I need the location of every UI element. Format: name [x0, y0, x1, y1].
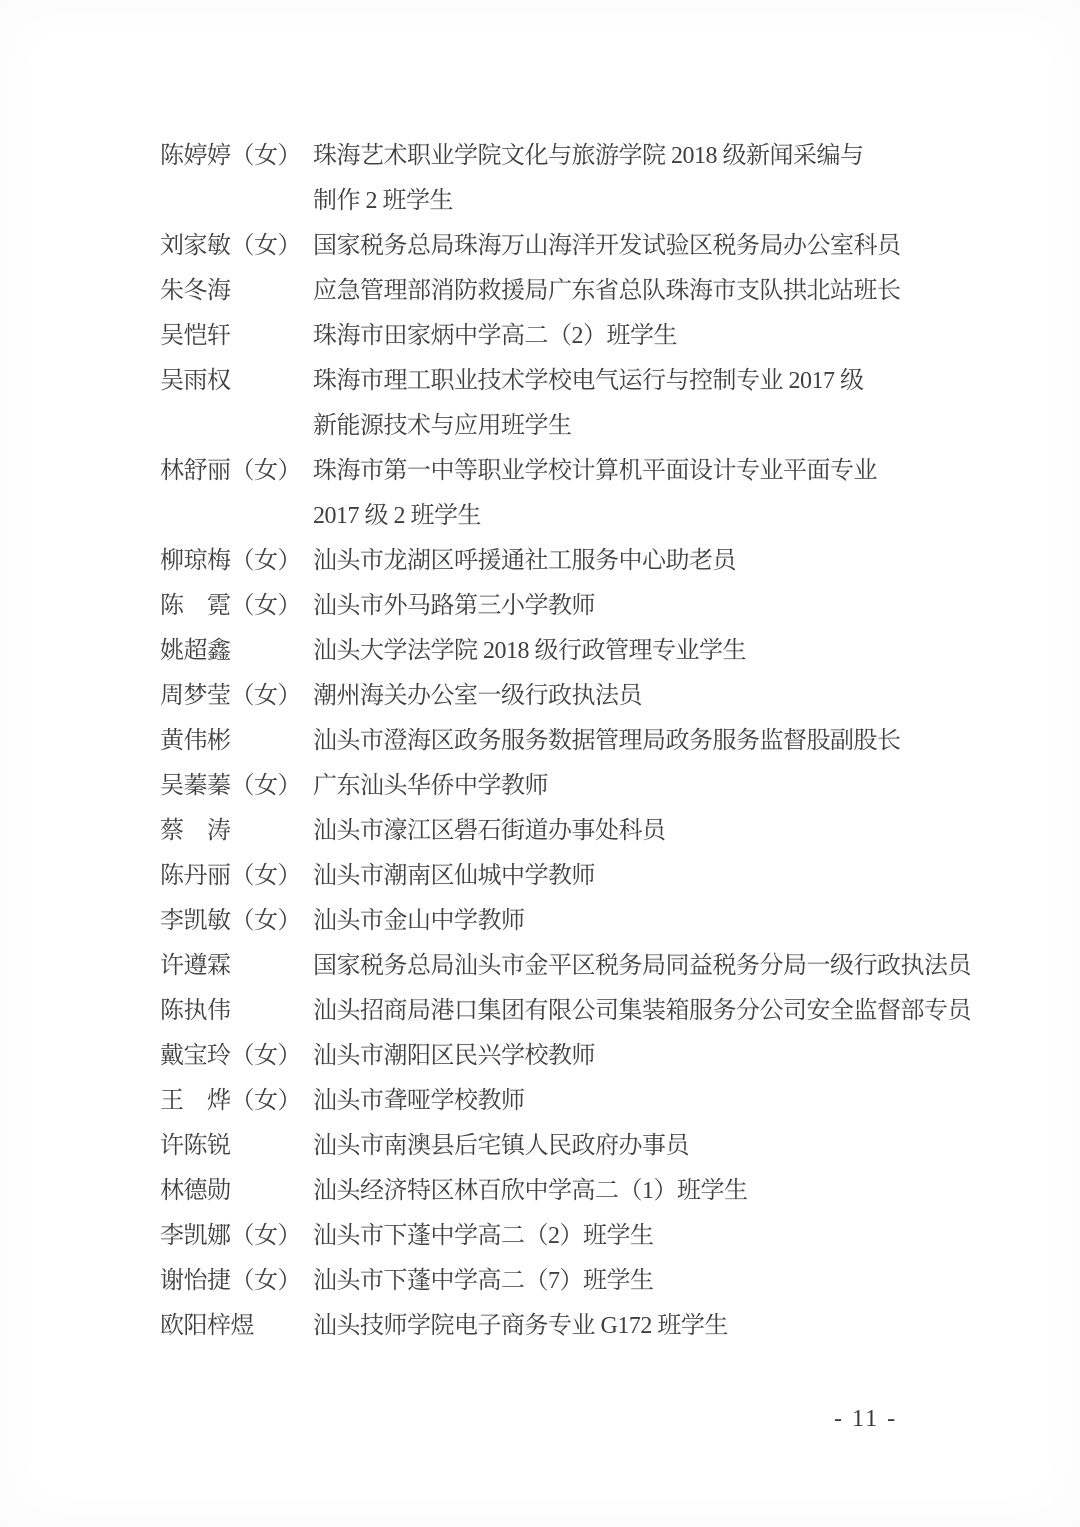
name-text: 黄伟彬	[160, 728, 231, 754]
description-line: 潮州海关办公室一级行政执法员	[313, 674, 960, 719]
gender-label: （女）	[231, 773, 302, 799]
list-item: 陈婷婷（女） 珠海艺术职业学院文化与旅游学院 2018 级新闻采编与 制作 2 …	[160, 134, 960, 224]
list-item: 林德勋 汕头经济特区林百欣中学高二（1）班学生	[160, 1169, 960, 1214]
description-line: 汕头市潮阳区民兴学校教师	[313, 1034, 960, 1079]
person-description: 汕头市澄海区政务服务数据管理局政务服务监督股副股长	[313, 719, 960, 764]
gender-label: （女）	[231, 863, 302, 889]
person-name: 姚超鑫	[160, 629, 313, 674]
list-item: 陈丹丽（女） 汕头市潮南区仙城中学教师	[160, 854, 960, 899]
description-line: 汕头技师学院电子商务专业 G172 班学生	[313, 1304, 960, 1349]
gender-label: （女）	[231, 1043, 302, 1069]
description-line: 珠海艺术职业学院文化与旅游学院 2018 级新闻采编与	[313, 134, 960, 179]
name-text: 许遵霖	[160, 953, 231, 979]
list-item: 周梦莹（女） 潮州海关办公室一级行政执法员	[160, 674, 960, 719]
person-description: 汕头市金山中学教师	[313, 899, 960, 944]
name-text: 朱冬海	[160, 278, 231, 304]
person-description: 汕头市南澳县后宅镇人民政府办事员	[313, 1124, 960, 1169]
person-description: 珠海市理工职业技术学校电气运行与控制专业 2017 级 新能源技术与应用班学生	[313, 359, 960, 449]
person-name: 吴蓁蓁（女）	[160, 764, 313, 809]
description-line: 国家税务总局汕头市金平区税务局同益税务分局一级行政执法员	[313, 944, 960, 989]
name-text: 吴雨权	[160, 368, 231, 394]
list-item: 蔡 涛 汕头市濠江区礐石街道办事处科员	[160, 809, 960, 854]
person-name: 谢怡捷（女）	[160, 1259, 313, 1304]
person-description: 国家税务总局汕头市金平区税务局同益税务分局一级行政执法员	[313, 944, 960, 989]
description-line: 汕头市下蓬中学高二（7）班学生	[313, 1259, 960, 1304]
person-description: 汕头经济特区林百欣中学高二（1）班学生	[313, 1169, 960, 1214]
name-text: 柳琼梅	[160, 548, 231, 574]
honor-roll-list: 陈婷婷（女） 珠海艺术职业学院文化与旅游学院 2018 级新闻采编与 制作 2 …	[160, 134, 960, 1349]
description-line: 国家税务总局珠海万山海洋开发试验区税务局办公室科员	[313, 224, 960, 269]
gender-label: （女）	[231, 1268, 302, 1294]
name-text: 陈婷婷	[160, 143, 231, 169]
person-description: 应急管理部消防救援局广东省总队珠海市支队拱北站班长	[313, 269, 960, 314]
person-description: 汕头市聋哑学校教师	[313, 1079, 960, 1124]
person-name: 陈 霓（女）	[160, 584, 313, 629]
name-text: 蔡 涛	[160, 818, 231, 844]
list-item: 朱冬海 应急管理部消防救援局广东省总队珠海市支队拱北站班长	[160, 269, 960, 314]
name-text: 吴蓁蓁	[160, 773, 231, 799]
person-description: 珠海市田家炳中学高二（2）班学生	[313, 314, 960, 359]
list-item: 陈 霓（女） 汕头市外马路第三小学教师	[160, 584, 960, 629]
person-name: 李凯敏（女）	[160, 899, 313, 944]
person-description: 汕头招商局港口集团有限公司集装箱服务分公司安全监督部专员	[313, 989, 960, 1034]
name-text: 欧阳梓煜	[160, 1313, 254, 1339]
person-name: 戴宝玲（女）	[160, 1034, 313, 1079]
name-text: 戴宝玲	[160, 1043, 231, 1069]
gender-label: （女）	[231, 593, 302, 619]
gender-label: （女）	[231, 683, 302, 709]
description-line: 汕头市聋哑学校教师	[313, 1079, 960, 1124]
gender-label: （女）	[231, 908, 302, 934]
name-text: 许陈锐	[160, 1133, 231, 1159]
list-item: 吴雨权 珠海市理工职业技术学校电气运行与控制专业 2017 级 新能源技术与应用…	[160, 359, 960, 449]
list-item: 王 烨（女） 汕头市聋哑学校教师	[160, 1079, 960, 1124]
list-item: 吴恺轩 珠海市田家炳中学高二（2）班学生	[160, 314, 960, 359]
document-page: 陈婷婷（女） 珠海艺术职业学院文化与旅游学院 2018 级新闻采编与 制作 2 …	[0, 0, 1080, 1527]
name-text: 吴恺轩	[160, 323, 231, 349]
gender-label: （女）	[231, 548, 302, 574]
description-line: 汕头市下蓬中学高二（2）班学生	[313, 1214, 960, 1259]
gender-label: （女）	[231, 1088, 302, 1114]
person-name: 许遵霖	[160, 944, 313, 989]
person-name: 吴恺轩	[160, 314, 313, 359]
list-item: 欧阳梓煜 汕头技师学院电子商务专业 G172 班学生	[160, 1304, 960, 1349]
name-text: 李凯娜	[160, 1223, 231, 1249]
name-text: 林德勋	[160, 1178, 231, 1204]
person-description: 珠海艺术职业学院文化与旅游学院 2018 级新闻采编与 制作 2 班学生	[313, 134, 960, 224]
description-line: 汕头经济特区林百欣中学高二（1）班学生	[313, 1169, 960, 1214]
list-item: 陈执伟 汕头招商局港口集团有限公司集装箱服务分公司安全监督部专员	[160, 989, 960, 1034]
gender-label: （女）	[231, 233, 302, 259]
name-text: 周梦莹	[160, 683, 231, 709]
gender-label: （女）	[231, 1223, 302, 1249]
name-text: 王 烨	[160, 1088, 231, 1114]
name-text: 陈执伟	[160, 998, 231, 1024]
description-line: 汕头市潮南区仙城中学教师	[313, 854, 960, 899]
name-text: 刘家敏	[160, 233, 231, 259]
name-text: 陈丹丽	[160, 863, 231, 889]
name-text: 陈 霓	[160, 593, 231, 619]
person-name: 黄伟彬	[160, 719, 313, 764]
person-name: 陈丹丽（女）	[160, 854, 313, 899]
person-name: 许陈锐	[160, 1124, 313, 1169]
person-name: 欧阳梓煜	[160, 1304, 313, 1349]
description-line: 珠海市第一中等职业学校计算机平面设计专业平面专业	[313, 449, 960, 494]
person-name: 王 烨（女）	[160, 1079, 313, 1124]
person-name: 陈婷婷（女）	[160, 134, 313, 179]
person-description: 汕头技师学院电子商务专业 G172 班学生	[313, 1304, 960, 1349]
name-text: 谢怡捷	[160, 1268, 231, 1294]
gender-label: （女）	[231, 458, 302, 484]
list-item: 李凯娜（女） 汕头市下蓬中学高二（2）班学生	[160, 1214, 960, 1259]
description-line: 2017 级 2 班学生	[313, 494, 960, 539]
description-line: 汕头大学法学院 2018 级行政管理专业学生	[313, 629, 960, 674]
list-item: 谢怡捷（女） 汕头市下蓬中学高二（7）班学生	[160, 1259, 960, 1304]
page-number: - 11 -	[834, 1406, 897, 1433]
person-description: 汕头大学法学院 2018 级行政管理专业学生	[313, 629, 960, 674]
list-item: 刘家敏（女） 国家税务总局珠海万山海洋开发试验区税务局办公室科员	[160, 224, 960, 269]
person-description: 汕头市潮阳区民兴学校教师	[313, 1034, 960, 1079]
description-line: 广东汕头华侨中学教师	[313, 764, 960, 809]
person-name: 李凯娜（女）	[160, 1214, 313, 1259]
list-item: 吴蓁蓁（女） 广东汕头华侨中学教师	[160, 764, 960, 809]
list-item: 黄伟彬 汕头市澄海区政务服务数据管理局政务服务监督股副股长	[160, 719, 960, 764]
person-name: 周梦莹（女）	[160, 674, 313, 719]
description-line: 珠海市理工职业技术学校电气运行与控制专业 2017 级	[313, 359, 960, 404]
list-item: 许遵霖 国家税务总局汕头市金平区税务局同益税务分局一级行政执法员	[160, 944, 960, 989]
list-item: 林舒丽（女） 珠海市第一中等职业学校计算机平面设计专业平面专业 2017 级 2…	[160, 449, 960, 539]
person-description: 潮州海关办公室一级行政执法员	[313, 674, 960, 719]
person-description: 汕头市潮南区仙城中学教师	[313, 854, 960, 899]
person-description: 汕头市龙湖区呼援通社工服务中心助老员	[313, 539, 960, 584]
person-name: 陈执伟	[160, 989, 313, 1034]
description-line: 新能源技术与应用班学生	[313, 404, 960, 449]
list-item: 戴宝玲（女） 汕头市潮阳区民兴学校教师	[160, 1034, 960, 1079]
person-description: 国家税务总局珠海万山海洋开发试验区税务局办公室科员	[313, 224, 960, 269]
person-name: 吴雨权	[160, 359, 313, 404]
name-text: 李凯敏	[160, 908, 231, 934]
description-line: 汕头市南澳县后宅镇人民政府办事员	[313, 1124, 960, 1169]
name-text: 林舒丽	[160, 458, 231, 484]
person-description: 汕头市外马路第三小学教师	[313, 584, 960, 629]
person-description: 汕头市下蓬中学高二（2）班学生	[313, 1214, 960, 1259]
description-line: 汕头市濠江区礐石街道办事处科员	[313, 809, 960, 854]
person-name: 刘家敏（女）	[160, 224, 313, 269]
gender-label: （女）	[231, 143, 302, 169]
list-item: 姚超鑫 汕头大学法学院 2018 级行政管理专业学生	[160, 629, 960, 674]
person-description: 汕头市下蓬中学高二（7）班学生	[313, 1259, 960, 1304]
description-line: 汕头市金山中学教师	[313, 899, 960, 944]
person-description: 汕头市濠江区礐石街道办事处科员	[313, 809, 960, 854]
person-name: 林德勋	[160, 1169, 313, 1214]
description-line: 汕头市龙湖区呼援通社工服务中心助老员	[313, 539, 960, 584]
list-item: 李凯敏（女） 汕头市金山中学教师	[160, 899, 960, 944]
description-line: 汕头市澄海区政务服务数据管理局政务服务监督股副股长	[313, 719, 960, 764]
person-description: 珠海市第一中等职业学校计算机平面设计专业平面专业 2017 级 2 班学生	[313, 449, 960, 539]
list-item: 许陈锐 汕头市南澳县后宅镇人民政府办事员	[160, 1124, 960, 1169]
description-line: 制作 2 班学生	[313, 179, 960, 224]
description-line: 汕头市外马路第三小学教师	[313, 584, 960, 629]
description-line: 应急管理部消防救援局广东省总队珠海市支队拱北站班长	[313, 269, 960, 314]
person-name: 林舒丽（女）	[160, 449, 313, 494]
description-line: 汕头招商局港口集团有限公司集装箱服务分公司安全监督部专员	[313, 989, 960, 1034]
name-text: 姚超鑫	[160, 638, 231, 664]
list-item: 柳琼梅（女） 汕头市龙湖区呼援通社工服务中心助老员	[160, 539, 960, 584]
person-name: 柳琼梅（女）	[160, 539, 313, 584]
person-name: 朱冬海	[160, 269, 313, 314]
person-name: 蔡 涛	[160, 809, 313, 854]
person-description: 广东汕头华侨中学教师	[313, 764, 960, 809]
description-line: 珠海市田家炳中学高二（2）班学生	[313, 314, 960, 359]
